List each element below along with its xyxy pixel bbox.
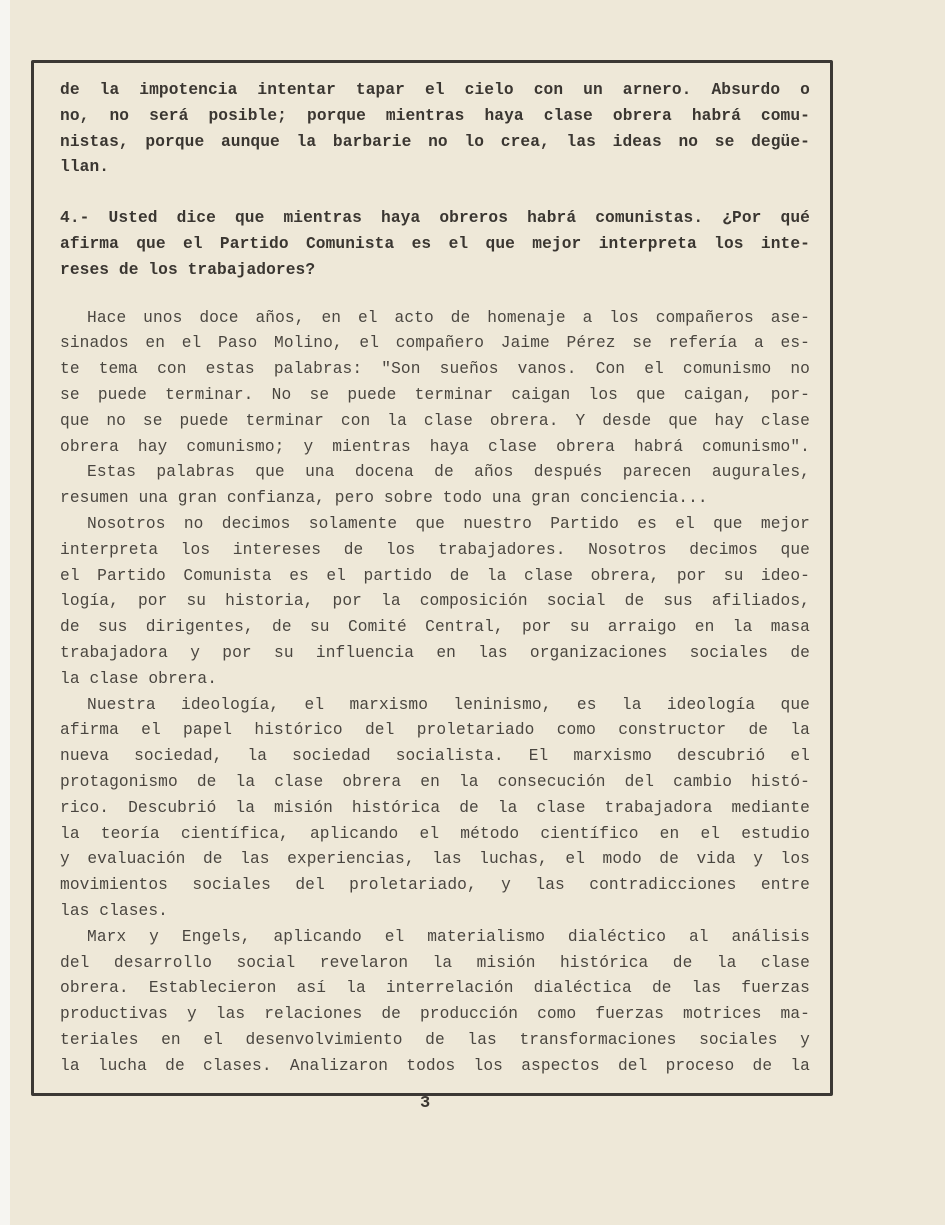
text-line: de sus dirigentes, de su Comité Central,… — [60, 615, 810, 641]
paragraph-3: Nosotros no decimos solamente que nuestr… — [60, 512, 810, 693]
text-line: te tema con estas palabras: "Son sueños … — [60, 357, 810, 383]
text-line: el Partido Comunista es el partido de la… — [60, 564, 810, 590]
text-line: rico. Descubrió la misión histórica de l… — [60, 796, 810, 822]
text-line: trabajadora y por su influencia en las o… — [60, 641, 810, 667]
text-line: Nosotros no decimos solamente que nuestr… — [60, 512, 810, 538]
text-line: obrera. Establecieron así la interrelaci… — [60, 976, 810, 1002]
text-line: resumen una gran confianza, pero sobre t… — [60, 486, 810, 512]
text-line: reses de los trabajadores? — [60, 258, 810, 284]
paragraph-2: Estas palabras que una docena de años de… — [60, 460, 810, 512]
paragraph-1: Hace unos doce años, en el acto de homen… — [60, 306, 810, 461]
text-line: Nuestra ideología, el marxismo leninismo… — [60, 693, 810, 719]
text-line: interpreta los intereses de los trabajad… — [60, 538, 810, 564]
question-heading: 4.- Usted dice que mientras haya obreros… — [60, 206, 810, 283]
text-line: la clase obrera. — [60, 667, 810, 693]
text-line: 4.- Usted dice que mientras haya obreros… — [60, 206, 810, 232]
text-line: de la impotencia intentar tapar el cielo… — [60, 78, 810, 104]
text-line: Hace unos doce años, en el acto de homen… — [60, 306, 810, 332]
text-line: la lucha de clases. Analizaron todos los… — [60, 1054, 810, 1080]
text-line: afirma que el Partido Comunista es el qu… — [60, 232, 810, 258]
page-number: 3 — [420, 1094, 430, 1113]
text-line: no, no será posible; porque mientras hay… — [60, 104, 810, 130]
text-line: del desarrollo social revelaron la misió… — [60, 951, 810, 977]
text-line: afirma el papel histórico del proletaria… — [60, 718, 810, 744]
document-body: de la impotencia intentar tapar el cielo… — [60, 78, 810, 1079]
text-line: Estas palabras que una docena de años de… — [60, 460, 810, 486]
text-line: y evaluación de las experiencias, las lu… — [60, 847, 810, 873]
text-line: logía, por su historia, por la composici… — [60, 589, 810, 615]
text-line: sinados en el Paso Molino, el compañero … — [60, 331, 810, 357]
text-line: obrera hay comunismo; y mientras haya cl… — [60, 435, 810, 461]
paragraph-4: Nuestra ideología, el marxismo leninismo… — [60, 693, 810, 925]
text-line: teriales en el desenvolvimiento de las t… — [60, 1028, 810, 1054]
text-line: productivas y las relaciones de producci… — [60, 1002, 810, 1028]
text-line: Marx y Engels, aplicando el materialismo… — [60, 925, 810, 951]
text-line: movimientos sociales del proletariado, y… — [60, 873, 810, 899]
text-line: nueva sociedad, la sociedad socialista. … — [60, 744, 810, 770]
text-line: llan. — [60, 155, 810, 181]
page-edge — [0, 0, 10, 1225]
intro-paragraph: de la impotencia intentar tapar el cielo… — [60, 78, 810, 181]
text-line: la teoría científica, aplicando el métod… — [60, 822, 810, 848]
text-line: que no se puede terminar con la clase ob… — [60, 409, 810, 435]
paragraph-5: Marx y Engels, aplicando el materialismo… — [60, 925, 810, 1080]
text-line: las clases. — [60, 899, 810, 925]
text-line: se puede terminar. No se puede terminar … — [60, 383, 810, 409]
text-line: nistas, porque aunque la barbarie no lo … — [60, 130, 810, 156]
text-line: protagonismo de la clase obrera en la co… — [60, 770, 810, 796]
